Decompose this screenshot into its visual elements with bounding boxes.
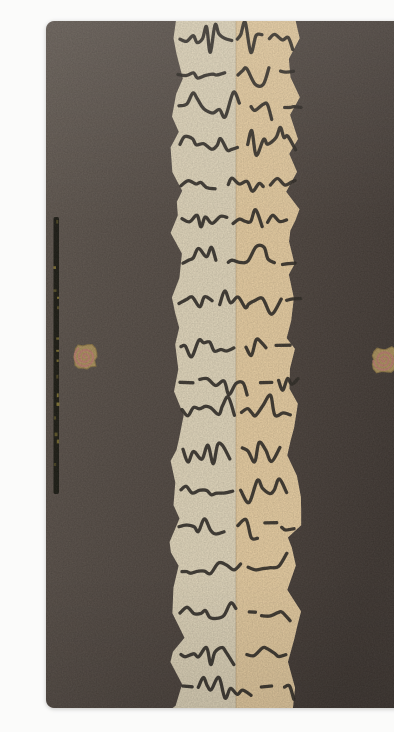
rug-photo bbox=[40, 16, 394, 716]
light-sheen-overlay bbox=[46, 21, 394, 708]
rug-graphic bbox=[40, 16, 394, 716]
